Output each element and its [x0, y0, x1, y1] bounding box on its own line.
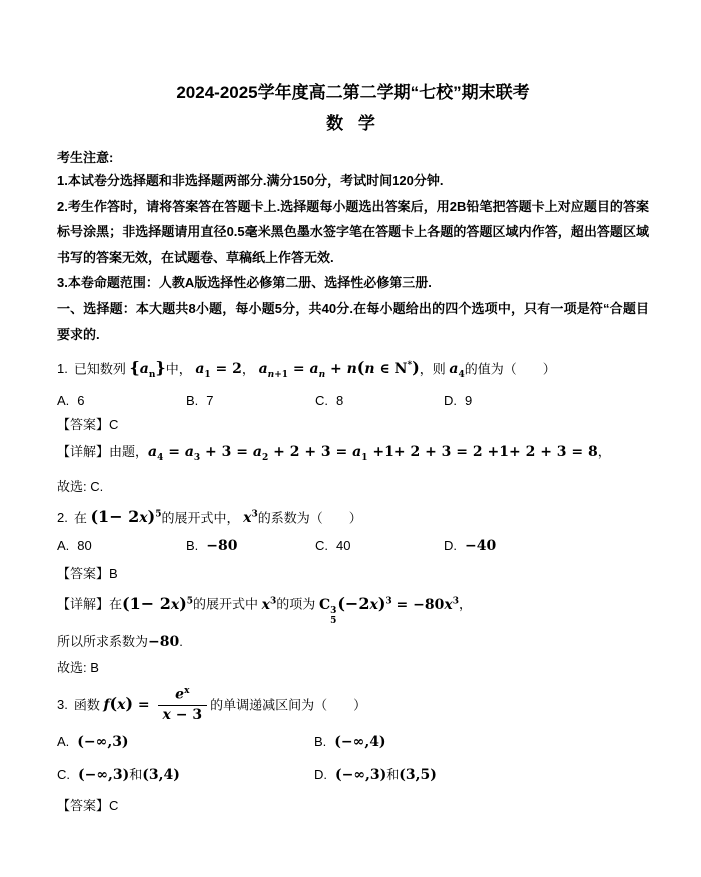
- option-a-label: A.: [57, 538, 69, 553]
- option-b-label: B.: [186, 393, 198, 408]
- question-1-stem: 1.已知数列 {an}中， a1 = 2， an+1 = an + n(n ∈ …: [57, 352, 649, 389]
- option-a: A.6: [57, 389, 186, 413]
- option-a: A.(−∞,3): [57, 729, 314, 755]
- option-a-value: 80: [77, 538, 91, 553]
- option-b-interval: (−∞,4): [334, 734, 385, 750]
- notice-item-3: 3.本卷命题范围：人教A版选择性必修第二册、选择性必修第三册.: [57, 270, 649, 296]
- explanation-2: 【详解】在(1− 2x)5的展开式中 x3的项为 C35(−2x)3 = −80…: [57, 588, 649, 626]
- option-d-and-text: 和: [386, 767, 399, 782]
- combination-sup-sub: 35: [330, 607, 336, 626]
- question-1-text-tail: 的值为（ ）: [465, 361, 556, 376]
- exam-document-page: 2024-2025学年度高二第二学期“七校”期末联考 数 学 考生注意: 1.本…: [0, 0, 701, 877]
- question-3-number: 3.: [57, 697, 68, 712]
- explanation-2-lead: 【详解】在: [57, 597, 122, 612]
- answer-3: 【答案】C: [57, 794, 649, 818]
- math-binomial-expression: (1− 2x)5: [90, 510, 161, 526]
- option-b-value: 7: [206, 393, 213, 408]
- answer-2: 【答案】B: [57, 562, 649, 586]
- answer-1: 【答案】C: [57, 413, 649, 437]
- math-explanation-1-chain: a4 = a3 + 3 = a2 + 2 + 3 = a1 +1+ 2 + 3 …: [148, 444, 598, 460]
- option-b-label: B.: [186, 538, 198, 553]
- option-c-label: C.: [315, 393, 328, 408]
- option-c: C.(−∞,3)和(3,4): [57, 762, 314, 788]
- explanation-2-text-2: 的项为: [276, 597, 315, 612]
- math-function-definition: f(x) = exx − 3: [103, 697, 210, 713]
- exam-subject-title: 数 学: [57, 113, 649, 134]
- conclusion-2: 故选: B: [57, 656, 649, 680]
- option-a: A.80: [57, 534, 186, 558]
- option-c-interval-1: (−∞,3): [78, 767, 129, 783]
- option-b-label: B.: [314, 734, 326, 749]
- math-combination-term: C35(−2x)3 = −80x3: [319, 597, 459, 613]
- option-a-interval: (−∞,3): [77, 734, 128, 750]
- option-b: B.−80: [186, 534, 315, 558]
- exam-title: 2024-2025学年度高二第二学期“七校”期末联考: [57, 82, 649, 103]
- question-1-text-mid2: ，则: [420, 361, 446, 376]
- notice-heading: 考生注意:: [57, 148, 649, 168]
- option-c-value: 40: [336, 538, 350, 553]
- question-1-text-lead: 已知数列: [74, 361, 126, 376]
- option-d-value: 9: [465, 393, 472, 408]
- option-c-interval-2: (3,4): [142, 767, 180, 783]
- question-2-text-mid: 的展开式中，: [162, 510, 240, 525]
- explanation-2-tail: ，: [459, 597, 472, 612]
- option-d-label: D.: [444, 393, 457, 408]
- option-b: B.7: [186, 389, 315, 413]
- option-d: D.−40: [444, 534, 649, 558]
- option-c: C.40: [315, 534, 444, 558]
- fraction-denominator: x − 3: [158, 706, 208, 725]
- option-d-interval-1: (−∞,3): [335, 767, 386, 783]
- explanation-1-lead: 【详解】由题，: [57, 444, 148, 459]
- question-2-number: 2.: [57, 510, 68, 525]
- math-x-cubed: x3: [243, 510, 258, 526]
- option-d-value: −40: [465, 538, 496, 554]
- option-c-and-text: 和: [129, 767, 142, 782]
- option-d-label: D.: [314, 767, 327, 782]
- math-sequence-braces: {an}: [129, 361, 165, 377]
- explanation-2-text-1: 的展开式中: [193, 597, 258, 612]
- math-a4-term: a4: [449, 361, 464, 377]
- option-a-value: 6: [77, 393, 84, 408]
- option-b: B.(−∞,4): [314, 729, 649, 755]
- fraction-ex-over-x-minus-3: exx − 3: [158, 686, 208, 725]
- explanation-1: 【详解】由题，a4 = a3 + 3 = a2 + 2 + 3 = a1 +1+…: [57, 439, 649, 471]
- option-b-value: −80: [206, 538, 237, 554]
- option-a-label: A.: [57, 393, 69, 408]
- math-recurrence-formula: an+1 = an + n(n ∈ N*): [259, 361, 420, 377]
- option-c-value: 8: [336, 393, 343, 408]
- option-d-interval-2: (3,5): [399, 767, 437, 783]
- question-1-comma: ，: [242, 361, 255, 376]
- section-heading: 一、选择题：本大题共8小题，每小题5分，共40分.在每小题给出的四个选项中，只有…: [57, 296, 649, 348]
- question-3-text-lead: 函数: [74, 697, 100, 712]
- question-2-stem: 2.在 (1− 2x)5的展开式中， x3的系数为（ ）: [57, 501, 649, 533]
- notice-item-2: 2.考生作答时，请将答案答在答题卡上.选择题每小题选出答案后，用2B铅笔把答题卡…: [57, 194, 649, 271]
- question-3-options: A.(−∞,3) B.(−∞,4) C.(−∞,3)和(3,4) D.(−∞,3…: [57, 729, 649, 788]
- question-2-text-tail: 的系数为（ ）: [258, 510, 362, 525]
- option-d: D.9: [444, 389, 649, 413]
- math-binomial-expression: (1− 2x)5: [122, 597, 193, 613]
- option-d: D.(−∞,3)和(3,5): [314, 762, 649, 788]
- question-1-text-mid1: 中，: [166, 361, 192, 376]
- math-minus-80: −80: [148, 634, 179, 650]
- question-2-options: A.80 B.−80 C.40 D.−40: [57, 534, 649, 558]
- option-c-label: C.: [57, 767, 70, 782]
- question-3-stem: 3.函数 f(x) = exx − 3的单调递减区间为（ ）: [57, 686, 649, 725]
- question-2-text-lead: 在: [74, 510, 87, 525]
- question-3-text-tail: 的单调递减区间为（ ）: [210, 697, 366, 712]
- explanation-1-tail: ，: [598, 444, 611, 459]
- math-x-cubed: x3: [262, 597, 277, 613]
- fraction-numerator: ex: [158, 686, 208, 706]
- option-c: C.8: [315, 389, 444, 413]
- notice-item-1: 1.本试卷分选择题和非选择题两部分.满分150分，考试时间120分钟.: [57, 168, 649, 194]
- math-a1-equals-2: a1 = 2: [195, 361, 242, 377]
- question-1-number: 1.: [57, 361, 68, 376]
- option-a-label: A.: [57, 734, 69, 749]
- explanation-2-coefficient-line: 所以所求系数为−80.: [57, 630, 649, 654]
- question-1-options: A.6 B.7 C.8 D.9: [57, 389, 649, 413]
- option-d-label: D.: [444, 538, 457, 553]
- option-c-label: C.: [315, 538, 328, 553]
- conclusion-1: 故选: C.: [57, 475, 649, 499]
